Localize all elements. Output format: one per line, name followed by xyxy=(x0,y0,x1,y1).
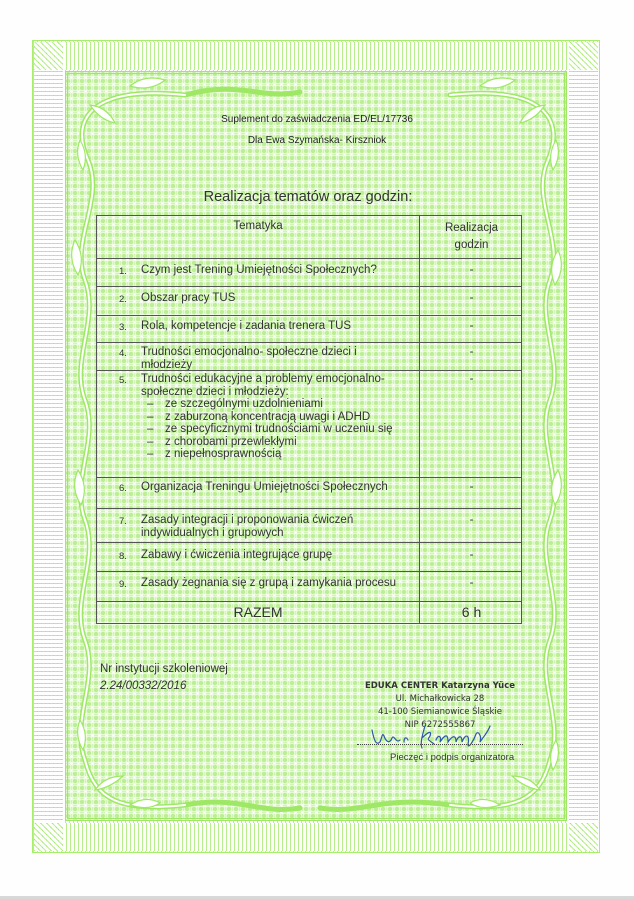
frame-corner-bottom-left xyxy=(34,823,63,851)
frame-top-band xyxy=(34,42,598,70)
stamp-street: Ul. Michałkowicka 28 xyxy=(360,693,520,706)
subitem-text: z chorobami przewlekłymi xyxy=(165,436,297,448)
row-divider xyxy=(97,258,521,259)
institution-label: Nr instytucji szkoleniowej xyxy=(100,663,228,675)
header-topic: Tematyka xyxy=(97,220,419,232)
row-topic: Obszar pracy TUS xyxy=(141,292,411,305)
row-number: 8. xyxy=(119,551,127,562)
row-topic: Zabawy i ćwiczenia integrujące grupę xyxy=(141,549,411,562)
frame-right-band xyxy=(569,64,598,828)
row-hours: - xyxy=(420,346,523,358)
frame-left-band xyxy=(34,64,63,828)
total-label: RAZEM xyxy=(97,604,419,620)
institution-number: 2.24/00332/2016 xyxy=(100,680,186,692)
row-hours: - xyxy=(420,320,523,332)
header-hours-line1: Realizacja xyxy=(420,220,523,237)
row-hours: - xyxy=(420,373,523,385)
topics-table: Tematyka Realizacja godzin 1. Czym jest … xyxy=(96,215,522,624)
row-divider xyxy=(97,601,521,602)
handwritten-signature-icon xyxy=(370,722,510,752)
row-number: 1. xyxy=(119,266,127,277)
row-hours: - xyxy=(420,264,523,276)
row-topic: Trudności edukacyjne a problemy emocjona… xyxy=(141,373,401,398)
row-divider xyxy=(97,477,521,478)
row-divider xyxy=(97,370,521,371)
table-column-divider xyxy=(419,216,420,623)
signature-label: Pieczęć i podpis organizatora xyxy=(390,752,514,763)
row-topic: Rola, kompetencje i zadania trenera TUS xyxy=(141,320,411,333)
recipient-name: Dla Ewa Szymańska- Kirszniok xyxy=(0,135,634,146)
subitem: –z niepełnosprawnością xyxy=(141,448,401,461)
dash-bullet-icon: – xyxy=(147,448,165,461)
row-topic: Zasady żegnania się z grupą i zamykania … xyxy=(141,577,411,590)
subitem: –ze specyficznymi trudnościami w uczeniu… xyxy=(141,423,401,436)
row-number: 2. xyxy=(119,294,127,305)
row-divider xyxy=(97,342,521,343)
subitem: –z zaburzoną koncentracją uwagi i ADHD xyxy=(141,411,401,424)
row-topic-with-subitems: Trudności edukacyjne a problemy emocjona… xyxy=(141,373,401,461)
row-number: 5. xyxy=(119,375,127,386)
row-number: 3. xyxy=(119,322,127,333)
subitem-text: ze specyficznymi trudnościami w uczeniu … xyxy=(165,423,393,435)
section-title: Realizacja tematów oraz godzin: xyxy=(0,189,616,205)
subitem-text: ze szczególnymi uzdolnieniami xyxy=(165,398,323,410)
subitem: –z chorobami przewlekłymi xyxy=(141,436,401,449)
subitem: –ze szczególnymi uzdolnieniami xyxy=(141,398,401,411)
subitem-text: z zaburzoną koncentracją uwagi i ADHD xyxy=(165,411,370,423)
row-number: 6. xyxy=(119,483,127,494)
dash-bullet-icon: – xyxy=(147,436,165,449)
row-hours: - xyxy=(420,292,523,304)
row-number: 9. xyxy=(119,579,127,590)
row-topic: Organizacja Treningu Umiejętności Społec… xyxy=(141,481,411,494)
header-hours: Realizacja godzin xyxy=(420,220,523,254)
stamp-city: 41-100 Siemianowice Śląskie xyxy=(360,706,520,719)
stamp-company-name: EDUKA CENTER Katarzyna Yüce xyxy=(360,680,520,693)
supplement-title: Suplement do zaświadczenia ED/EL/17736 xyxy=(0,114,634,125)
frame-corner-bottom-right xyxy=(569,823,598,851)
row-divider xyxy=(97,571,521,572)
total-value: 6 h xyxy=(420,604,523,620)
frame-corner-top-left xyxy=(34,42,63,70)
row-divider xyxy=(97,542,521,543)
row-hours: - xyxy=(420,514,523,526)
signature-line xyxy=(357,744,523,745)
dash-bullet-icon: – xyxy=(147,423,165,436)
subitem-text: z niepełnosprawnością xyxy=(165,448,281,460)
row-number: 4. xyxy=(119,348,127,359)
dash-bullet-icon: – xyxy=(147,398,165,411)
frame-bottom-band xyxy=(34,823,598,851)
row-topic: Trudności emocjonalno- społeczne dzieci … xyxy=(141,346,391,371)
row-number: 7. xyxy=(119,516,127,527)
row-divider xyxy=(97,508,521,509)
row-hours: - xyxy=(420,481,523,493)
row-hours: - xyxy=(420,577,523,589)
row-divider xyxy=(97,286,521,287)
frame-corner-top-right xyxy=(569,42,598,70)
row-topic: Czym jest Trening Umiejętności Społeczny… xyxy=(141,264,411,277)
row-divider xyxy=(97,315,521,316)
header-hours-line2: godzin xyxy=(420,237,523,254)
dash-bullet-icon: – xyxy=(147,411,165,424)
row-hours: - xyxy=(420,549,523,561)
row-topic: Zasady integracji i proponowania ćwiczeń… xyxy=(141,514,381,539)
